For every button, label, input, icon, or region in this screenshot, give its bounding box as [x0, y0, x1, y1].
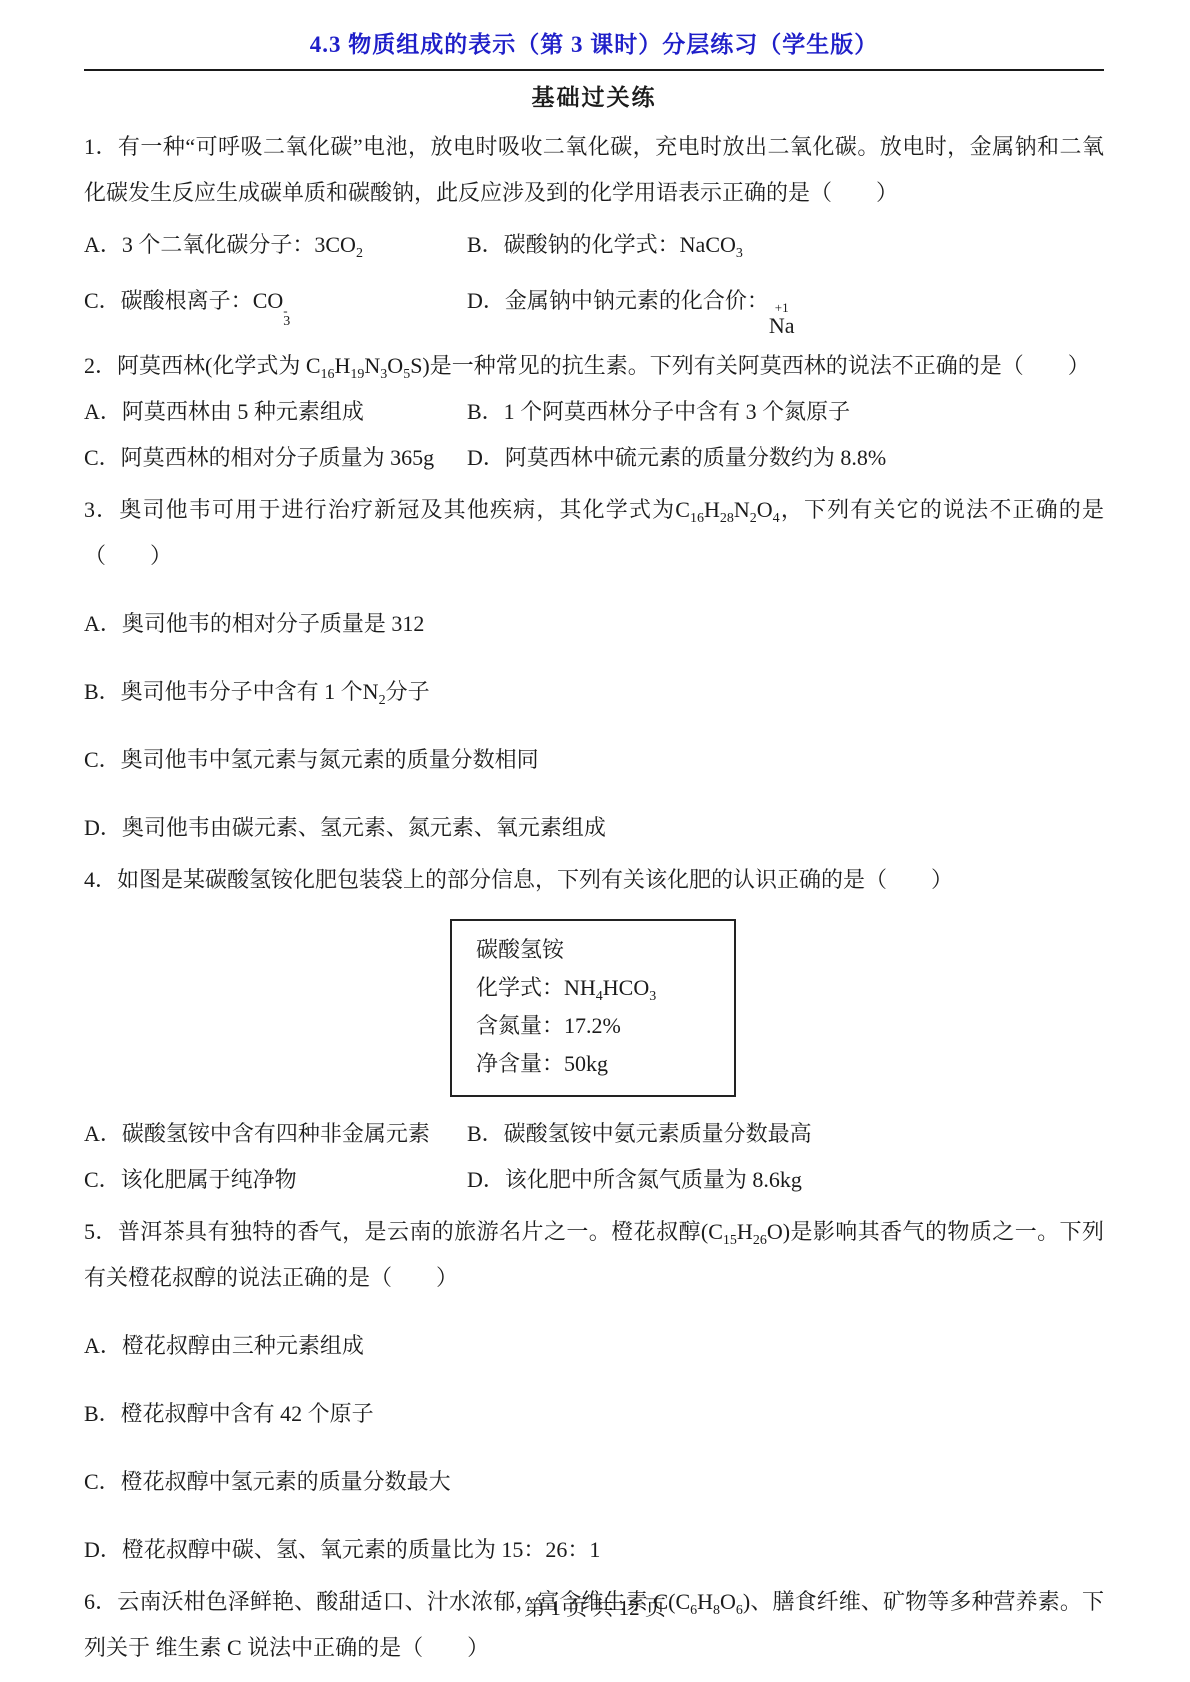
- option-5b: B．橙花叔醇中含有 42 个原子: [84, 1391, 1104, 1437]
- option-4b: B．碳酸氢铵中氨元素质量分数最高: [467, 1111, 812, 1157]
- option-5c: C．橙花叔醇中氢元素的质量分数最大: [84, 1459, 1104, 1505]
- option-5a: A．橙花叔醇由三种元素组成: [84, 1323, 1104, 1369]
- box-formula-line: 化学式：NH4HCO3: [476, 969, 734, 1007]
- question-4-stem: 4．如图是某碳酸氢铵化肥包装袋上的部分信息，下列有关该化肥的认识正确的是（ ）: [84, 857, 1104, 903]
- box-product-name: 碳酸氢铵: [476, 931, 734, 969]
- option-3b: B．奥司他韦分子中含有 1 个N2分子: [84, 669, 1104, 715]
- option-1d: D．金属钠中钠元素的化合价：+1Na: [467, 278, 795, 337]
- option-1c: C．碳酸根离子：CO-3: [84, 278, 467, 337]
- option-4c: C．该化肥属于纯净物: [84, 1157, 467, 1203]
- question-2-options-ab: A．阿莫西林由 5 种元素组成 B．1 个阿莫西林分子中含有 3 个氮原子: [84, 389, 1104, 435]
- question-1-options-cd: C．碳酸根离子：CO-3 D．金属钠中钠元素的化合价：+1Na: [84, 278, 1104, 337]
- question-2: 2．阿莫西林(化学式为 C16H19N3O5S)是一种常见的抗生素。下列有关阿莫…: [84, 343, 1104, 481]
- page-footer: 第 1 页 共 12 页: [0, 1592, 1190, 1622]
- fertilizer-info-box: 碳酸氢铵 化学式：NH4HCO3 含氮量：17.2% 净含量：50kg: [450, 919, 736, 1097]
- option-1a: A．3 个二氧化碳分子：3CO2: [84, 222, 467, 268]
- question-4: 4．如图是某碳酸氢铵化肥包装袋上的部分信息，下列有关该化肥的认识正确的是（ ） …: [84, 857, 1104, 1203]
- option-1c-label: C．碳酸根离子：: [84, 288, 253, 313]
- sodium-valence-notation: +1Na: [769, 302, 795, 337]
- option-2c: C．阿莫西林的相对分子质量为 365g: [84, 435, 467, 481]
- option-1d-label: D．金属钠中钠元素的化合价：: [467, 288, 769, 313]
- question-2-options-cd: C．阿莫西林的相对分子质量为 365g D．阿莫西林中硫元素的质量分数约为 8.…: [84, 435, 1104, 481]
- option-2a: A．阿莫西林由 5 种元素组成: [84, 389, 467, 435]
- question-5-stem: 5．普洱茶具有独特的香气，是云南的旅游名片之一。橙花叔醇(C15H26O)是影响…: [84, 1209, 1104, 1301]
- page-title: 4.3 物质组成的表示（第 3 课时）分层练习（学生版）: [84, 26, 1104, 59]
- question-1-stem: 1．有一种“可呼吸二氧化碳”电池，放电时吸收二氧化碳，充电时放出二氧化碳。放电时…: [84, 124, 1104, 216]
- option-4d: D．该化肥中所含氮气质量为 8.6kg: [467, 1157, 802, 1203]
- question-1-options-ab: A．3 个二氧化碳分子：3CO2 B．碳酸钠的化学式：NaCO3: [84, 222, 1104, 268]
- question-4-options-ab: A．碳酸氢铵中含有四种非金属元素 B．碳酸氢铵中氨元素质量分数最高: [84, 1111, 1104, 1157]
- question-2-stem: 2．阿莫西林(化学式为 C16H19N3O5S)是一种常见的抗生素。下列有关阿莫…: [84, 343, 1104, 389]
- worksheet-page: 4.3 物质组成的表示（第 3 课时）分层练习（学生版） 基础过关练 1．有一种…: [0, 0, 1190, 1682]
- question-1: 1．有一种“可呼吸二氧化碳”电池，放电时吸收二氧化碳，充电时放出二氧化碳。放电时…: [84, 124, 1104, 337]
- option-5d: D．橙花叔醇中碳、氢、氧元素的质量比为 15：26：1: [84, 1527, 1104, 1573]
- section-heading: 基础过关练: [84, 79, 1104, 112]
- carbonate-ion-formula: CO-3: [253, 288, 291, 313]
- option-3c: C．奥司他韦中氢元素与氮元素的质量分数相同: [84, 737, 1104, 783]
- option-4a: A．碳酸氢铵中含有四种非金属元素: [84, 1111, 467, 1157]
- page-number: 第 1 页 共 12 页: [524, 1596, 666, 1620]
- box-nitrogen-content: 含氮量：17.2%: [476, 1007, 734, 1045]
- option-2d: D．阿莫西林中硫元素的质量分数约为 8.8%: [467, 435, 886, 481]
- option-2b: B．1 个阿莫西林分子中含有 3 个氮原子: [467, 389, 850, 435]
- title-divider: [84, 69, 1104, 71]
- option-3a: A．奥司他韦的相对分子质量是 312: [84, 601, 1104, 647]
- option-1b: B．碳酸钠的化学式：NaCO3: [467, 222, 743, 268]
- box-net-weight: 净含量：50kg: [476, 1045, 734, 1083]
- question-5: 5．普洱茶具有独特的香气，是云南的旅游名片之一。橙花叔醇(C15H26O)是影响…: [84, 1209, 1104, 1573]
- question-3: 3．奥司他韦可用于进行治疗新冠及其他疾病，其化学式为C16H28N2O4，下列有…: [84, 487, 1104, 851]
- option-3d: D．奥司他韦由碳元素、氢元素、氮元素、氧元素组成: [84, 805, 1104, 851]
- question-3-stem: 3．奥司他韦可用于进行治疗新冠及其他疾病，其化学式为C16H28N2O4，下列有…: [84, 487, 1104, 579]
- question-4-options-cd: C．该化肥属于纯净物 D．该化肥中所含氮气质量为 8.6kg: [84, 1157, 1104, 1203]
